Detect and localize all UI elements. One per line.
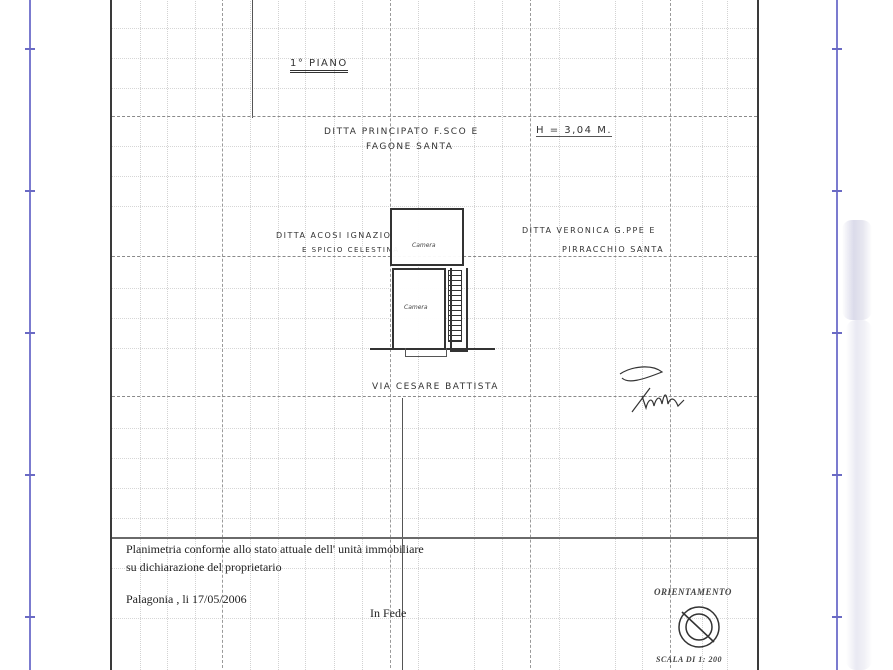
room-upper-label: Camera (412, 242, 436, 249)
drawing-sheet: 1° Piano Ditta Principato F.sco e Fagone… (110, 0, 759, 670)
floor-plan: Camera Camera (370, 198, 500, 358)
height-note: H = 3,04 m. (536, 125, 612, 137)
room-lower: Camera (392, 268, 446, 350)
scale-label: SCALA DI 1: 200 (656, 655, 722, 664)
footer-in-fede: In Fede (370, 606, 406, 621)
left-ruler-tick (25, 616, 35, 618)
right-ruler-tick (832, 48, 842, 50)
compass-icon (674, 604, 724, 650)
right-ruler-tick (832, 474, 842, 476)
room-upper: Camera (390, 208, 464, 266)
neighbor-east-line2: Pirracchio Santa (562, 245, 664, 254)
neighbor-east-line1: Ditta Veronica G.ppe e (522, 226, 656, 235)
room-lower-label: Camera (404, 304, 428, 311)
neighbor-north-line1: Ditta Principato F.sco e (324, 127, 479, 137)
left-ruler-line (29, 0, 31, 670)
footer-place-date: Palagonia , li 17/05/2006 (126, 592, 247, 607)
floor-title: 1° Piano (290, 58, 348, 73)
right-ruler-tick (832, 616, 842, 618)
scan-smudge (842, 220, 872, 320)
right-ruler-tick (832, 190, 842, 192)
left-ruler-tick (25, 48, 35, 50)
scan-smudge (846, 320, 872, 670)
footer-conformity-line2: su dichiarazione del proprietario (126, 560, 282, 575)
right-ruler-tick (832, 332, 842, 334)
orientation-title: ORIENTAMENTO (654, 587, 732, 597)
neighbor-north-line2: Fagone Santa (366, 142, 453, 152)
left-ruler-tick (25, 474, 35, 476)
footer-conformity-line1: Planimetria conforme allo stato attuale … (126, 542, 424, 557)
right-ruler-line (836, 0, 838, 670)
left-ruler-tick (25, 332, 35, 334)
left-ruler-tick (25, 190, 35, 192)
street-name: Via Cesare Battista (372, 382, 499, 392)
signature-scribble (612, 360, 712, 420)
